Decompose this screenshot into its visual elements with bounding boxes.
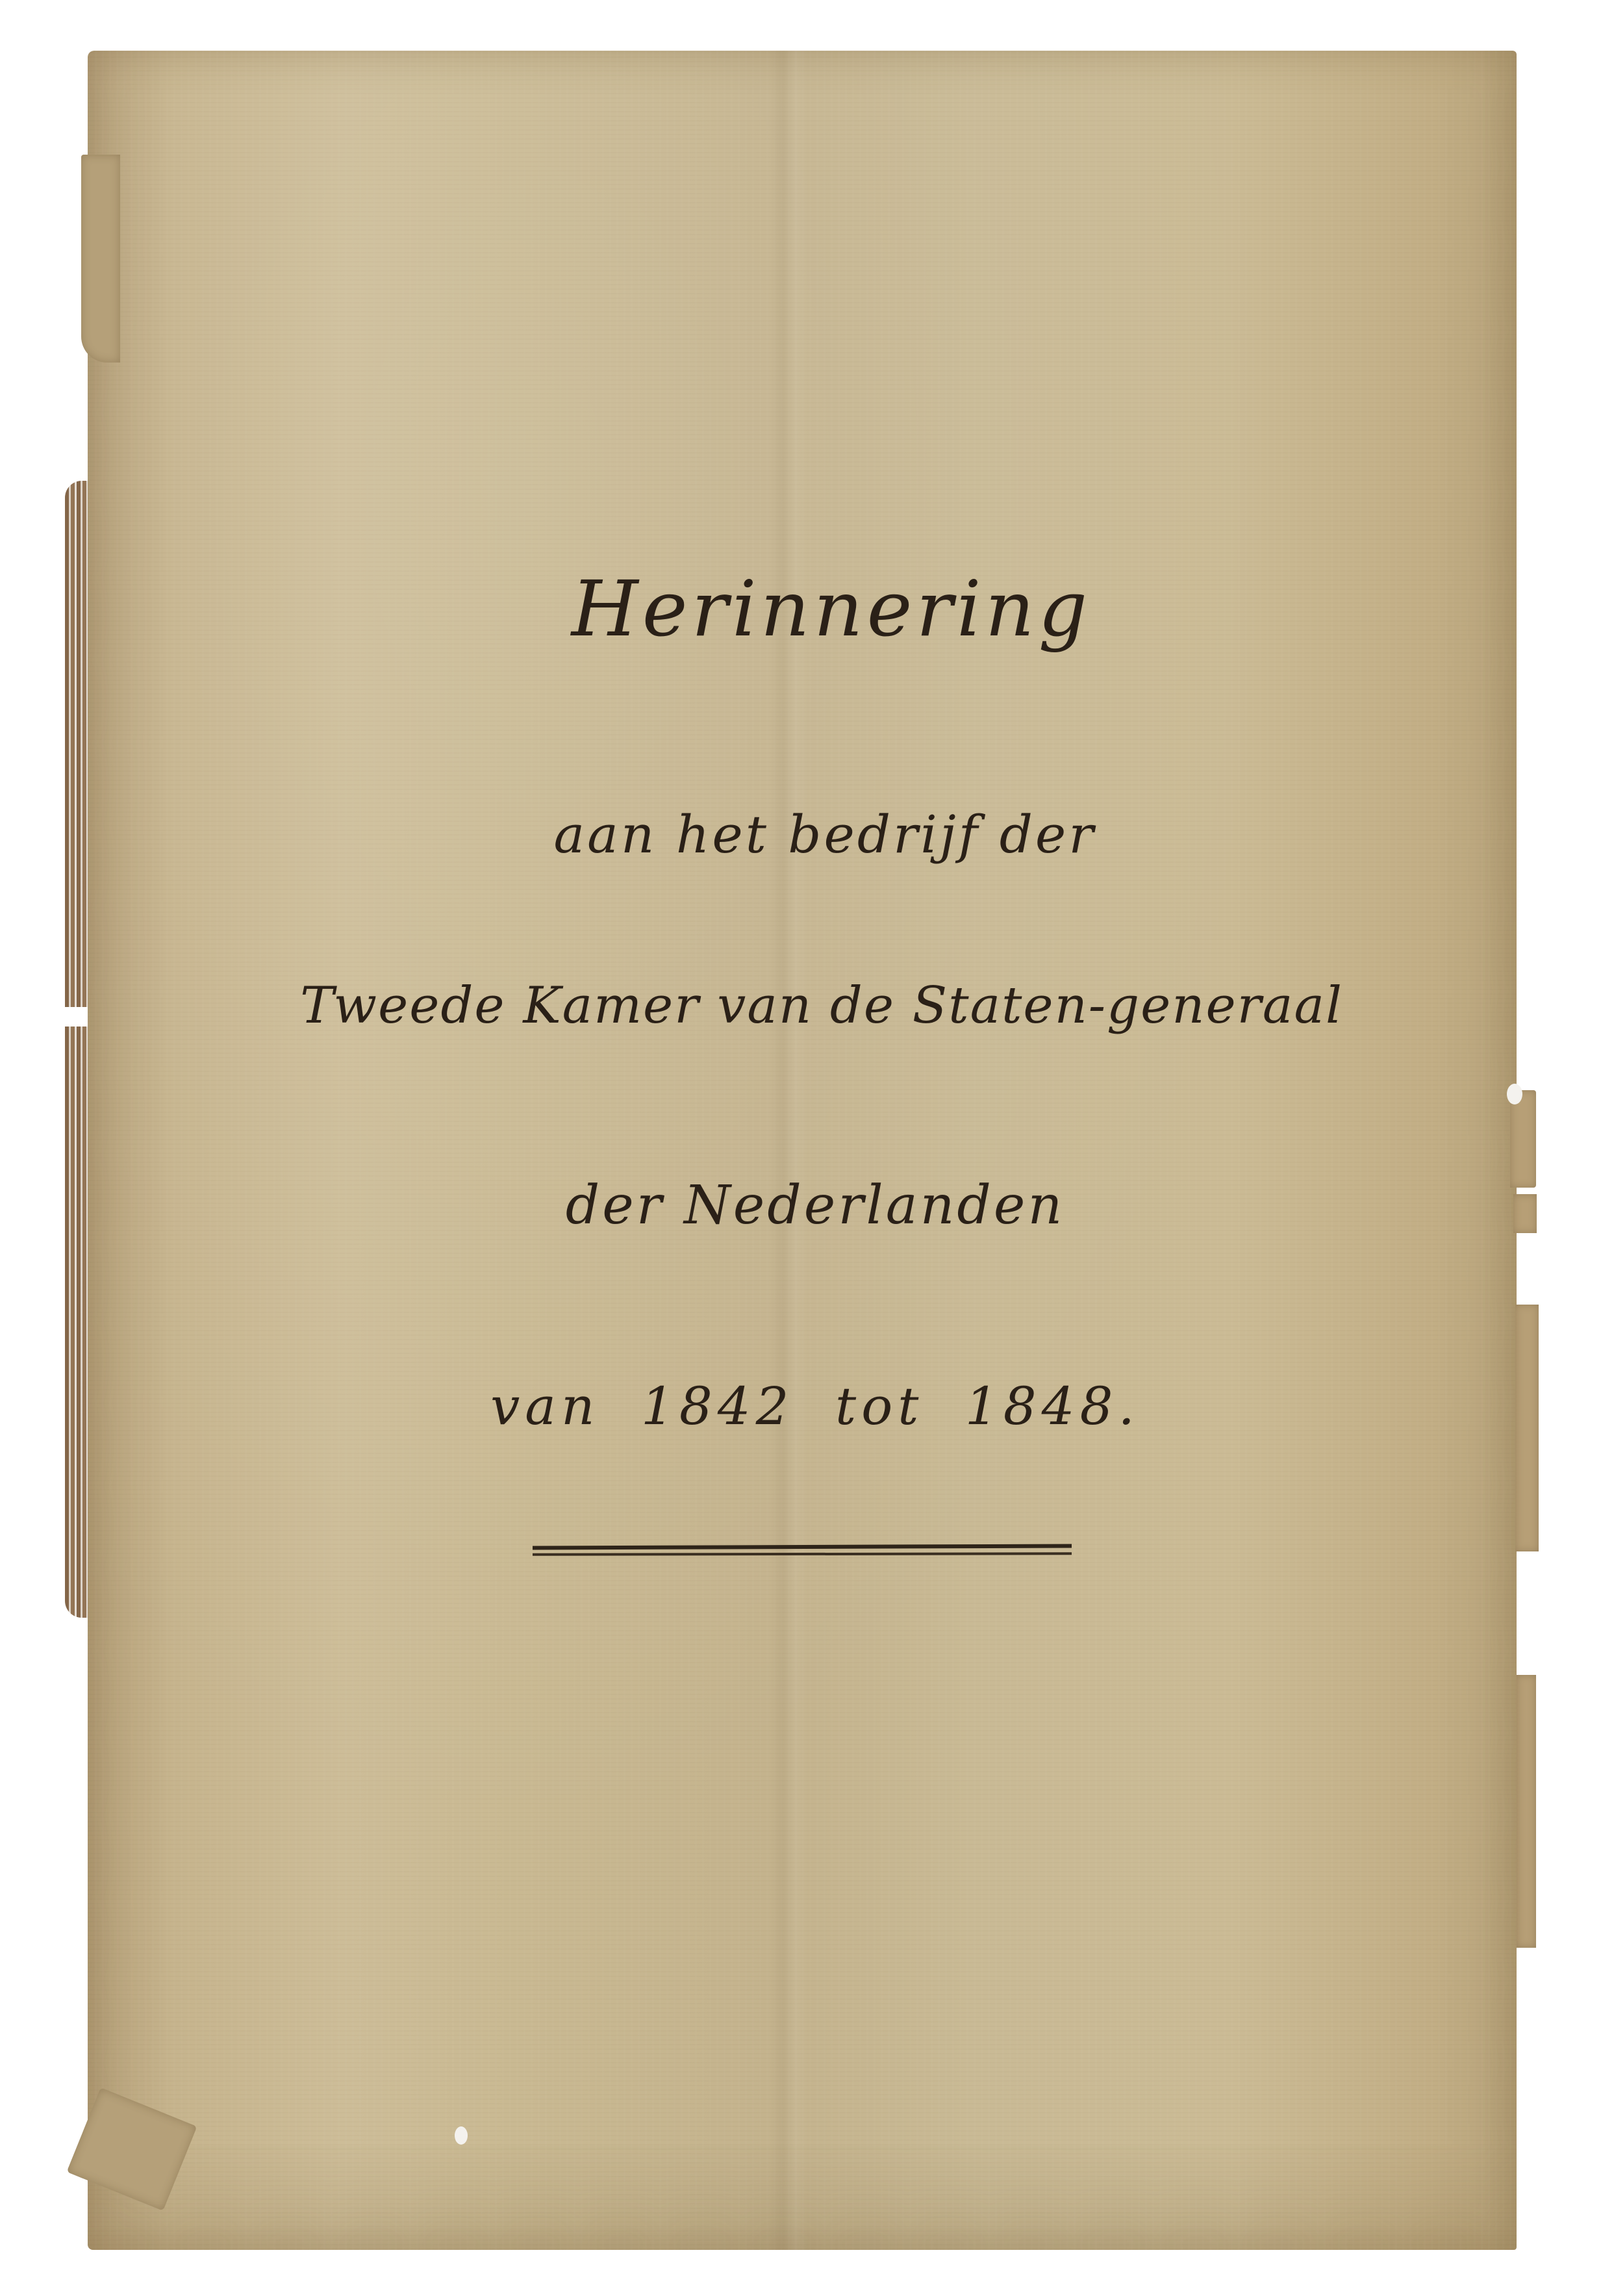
paper-hole-bottom [455, 2126, 468, 2145]
title-line-3: Tweede Kamer van de Staten-generaal [127, 976, 1517, 1035]
separator-description: double rule [88, 51, 88, 51]
folded-corner-bottom-left [67, 2087, 197, 2211]
torn-edge-right-4 [1517, 1675, 1536, 1948]
torn-edge-right-1 [1510, 1090, 1536, 1188]
title-heading: Herinnering [146, 564, 1517, 654]
torn-edge-right-3 [1515, 1305, 1539, 1551]
title-date-range: van 1842 tot 1848. [114, 1376, 1517, 1436]
paper-hole-right [1507, 1084, 1522, 1104]
center-fold [770, 51, 809, 2250]
manuscript-page: Herinnering aan het bedrijf der Tweede K… [88, 51, 1517, 2250]
torn-edge-right-2 [1513, 1194, 1537, 1233]
title-line-2: aan het bedrijf der [133, 804, 1517, 865]
title-line-4: der Nederlanden [114, 1175, 1517, 1236]
double-rule-bottom [533, 1552, 1072, 1555]
torn-edge-top-left [81, 155, 120, 363]
